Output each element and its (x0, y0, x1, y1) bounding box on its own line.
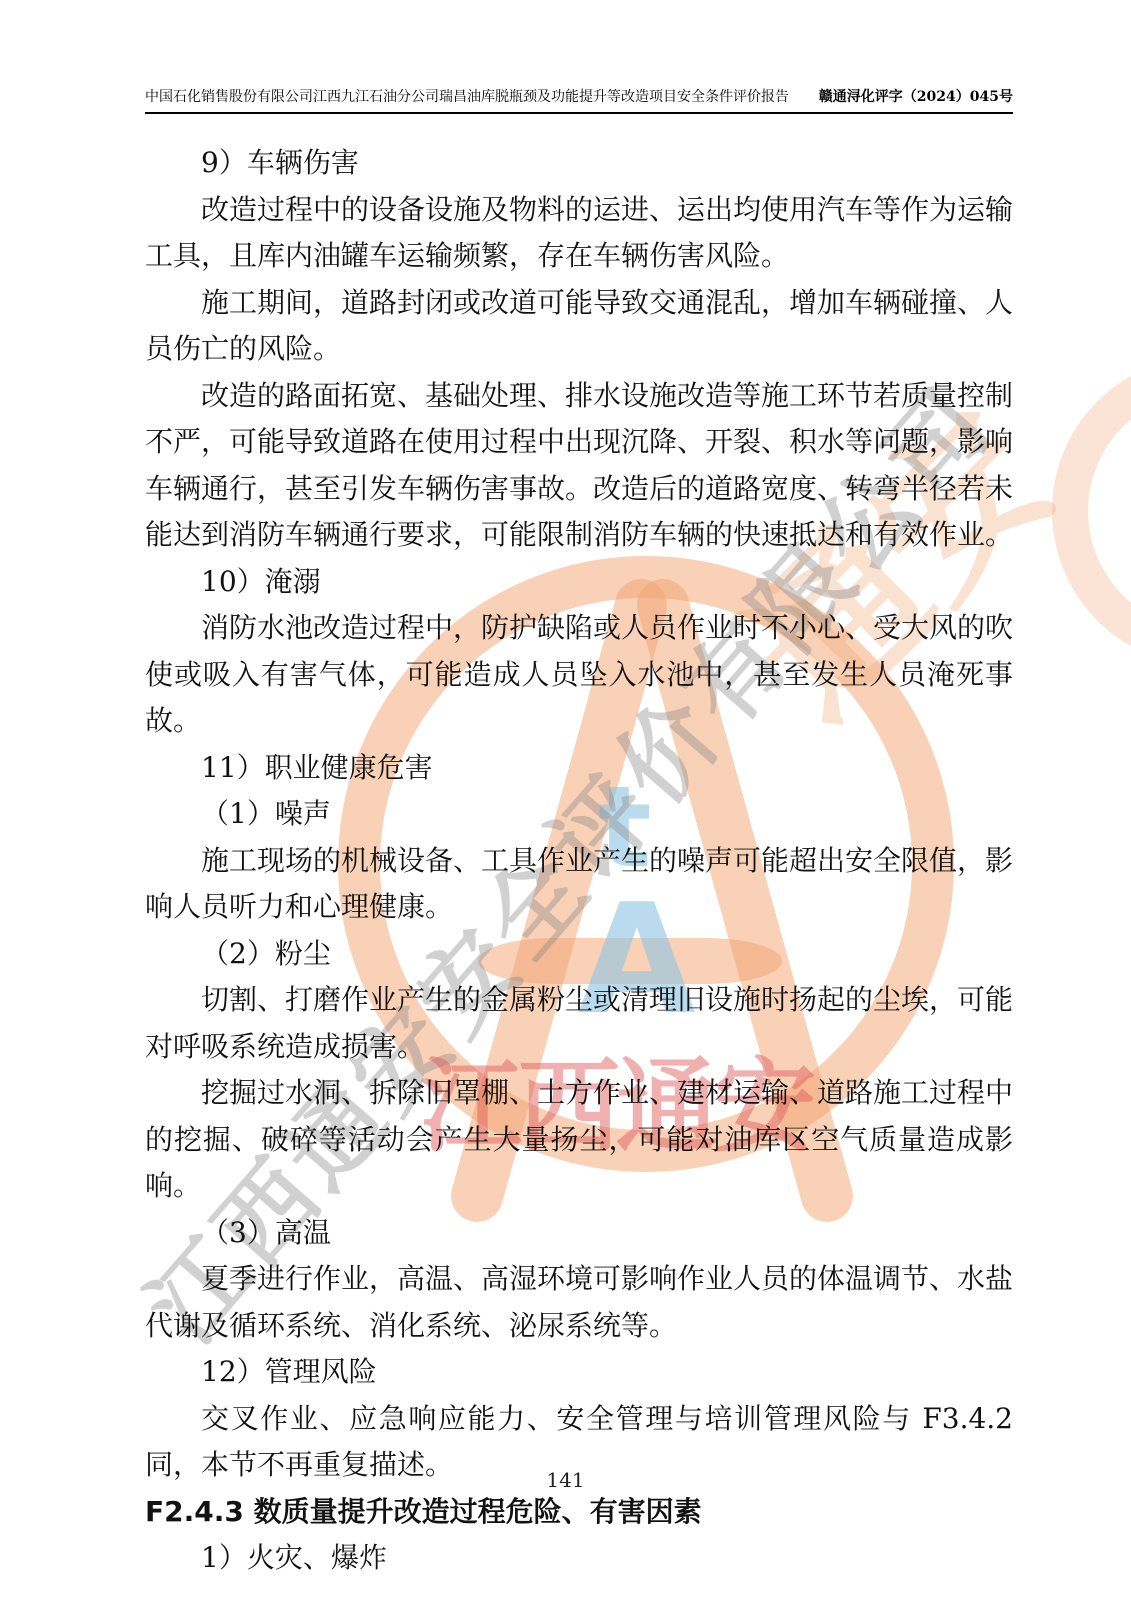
section-subheading: 11）职业健康危害 (145, 745, 1013, 792)
body-paragraph: 挖掘过水洞、拆除旧罩棚、土方作业、建材运输、道路施工过程中的挖掘、破碎等活动会产… (145, 1070, 1013, 1210)
page-number: 141 (0, 1468, 1131, 1492)
section-subheading: 12）管理风险 (145, 1349, 1013, 1396)
body-paragraph: 改造的路面拓宽、基础处理、排水设施改造等施工环节若质量控制不严，可能导致道路在使… (145, 373, 1013, 559)
section-subheading: （3）高温 (145, 1210, 1013, 1257)
section-heading-f243: F2.4.3 数质量提升改造过程危险、有害因素 (145, 1489, 1013, 1536)
document-page: 通安 t A 江西通安安全评价有限公司 江西通安 中国石化销售股份有限公司江西九… (0, 0, 1131, 1600)
body-paragraph: 切割、打磨作业产生的金属粉尘或清理旧设施时扬起的尘埃，可能对呼吸系统造成损害。 (145, 977, 1013, 1070)
section-subheading: 10）淹溺 (145, 559, 1013, 606)
body-paragraph: 施工期间，道路封闭或改道可能导致交通混乱，增加车辆碰撞、人员伤亡的风险。 (145, 280, 1013, 373)
section-subheading: （2）粉尘 (145, 931, 1013, 978)
body-text: 9）车辆伤害 改造过程中的设备设施及物料的运进、运出均使用汽车等作为运输工具，且… (145, 140, 1013, 1582)
header-report-title: 中国石化销售股份有限公司江西九江石油分公司瑞昌油库脱瓶颈及功能提升等改造项目安全… (145, 88, 789, 108)
body-paragraph: 夏季进行作业，高温、高湿环境可影响作业人员的体温调节、水盐代谢及循环系统、消化系… (145, 1256, 1013, 1349)
watermark-corner-ring-shape (1052, 356, 1131, 666)
page-header: 中国石化销售股份有限公司江西九江石油分公司瑞昌油库脱瓶颈及功能提升等改造项目安全… (145, 88, 1013, 114)
section-subheading: （1）噪声 (145, 791, 1013, 838)
body-paragraph: 改造过程中的设备设施及物料的运进、运出均使用汽车等作为运输工具，且库内油罐车运输… (145, 187, 1013, 280)
header-document-number: 赣通浔化评字（2024）045号 (819, 88, 1013, 108)
body-paragraph: 消防水池改造过程中，防护缺陷或人员作业时不小心、受大风的吹使或吸入有害气体，可能… (145, 605, 1013, 745)
body-paragraph: 施工现场的机械设备、工具作业产生的噪声可能超出安全限值，影响人员听力和心理健康。 (145, 838, 1013, 931)
section-subheading: 1）火灾、爆炸 (145, 1535, 1013, 1582)
section-subheading: 9）车辆伤害 (145, 140, 1013, 187)
